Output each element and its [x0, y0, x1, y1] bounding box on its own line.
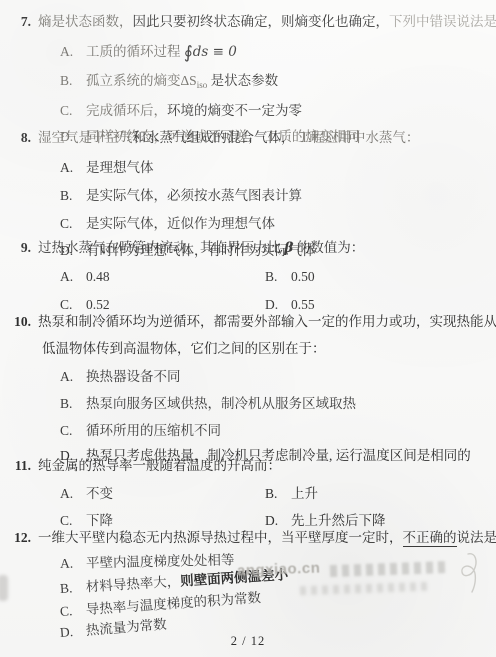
option-label: C.	[59, 602, 86, 621]
option-label: B.	[265, 269, 291, 286]
question-number: 7.	[0, 14, 38, 31]
option-label: A.	[60, 369, 86, 386]
option-row-11cd: C.下降 D.先上升然后下降	[0, 513, 496, 530]
option-text: 是实际气体，必须按水蒸气图表计算	[86, 188, 302, 203]
option-label: D.	[265, 513, 291, 530]
option-text: 不变	[86, 486, 113, 501]
scan-smudge	[0, 575, 8, 601]
option-text: 环境的熵变不一定为零	[167, 103, 302, 118]
option-7b: B.孤立系统的熵变ΔSiso 是状态参数	[0, 73, 496, 91]
option-text: 0.50	[291, 269, 315, 284]
stem-text: 和水蒸气组成的混合气体，	[133, 130, 298, 145]
option-text: 换热器设备不同	[86, 369, 181, 384]
stem-text: 湿空气是干空气	[38, 130, 133, 145]
option-9b: B.0.50	[265, 269, 315, 286]
underlined-stem-text: 不正确的	[403, 530, 457, 547]
question-12-stem: 12.一维大平壁内稳态无内热源导热过程中，当平壁厚度一定时，不正确的说法是：	[0, 530, 496, 547]
option-7c: C.完成循环后，环境的熵变不一定为零	[0, 103, 496, 120]
option-label: B.	[60, 73, 86, 90]
question-number: 11.	[0, 458, 38, 475]
option-9c: C.0.52	[0, 297, 265, 314]
option-label: A.	[60, 486, 86, 503]
option-text: 0.48	[86, 269, 110, 284]
option-10a: A.换热器设备不同	[0, 369, 496, 386]
page-number: 2 / 12	[0, 634, 496, 650]
option-9d: D.0.55	[265, 297, 315, 314]
question-10-stem-line2: 低温物体传到高温物体，它们之间的区别在于：	[0, 341, 496, 358]
option-text: 热泵向服务区域供热，制冷机从服务区域取热	[86, 396, 356, 411]
option-label: C.	[60, 216, 86, 233]
option-label: A.	[60, 44, 86, 61]
option-label: C.	[60, 297, 86, 314]
option-text: 孤立系统的熵变ΔS	[86, 73, 197, 88]
option-text: 工质的循环过程	[86, 44, 184, 59]
question-7-stem: 7.熵是状态函数，因此只要初终状态确定，则熵变化也确定，下列中错误说法是	[0, 14, 496, 31]
option-label: D.	[265, 297, 291, 314]
option-text: 完成循环后，	[86, 103, 167, 118]
option-text: 0.52	[86, 297, 110, 312]
option-label: A.	[60, 160, 86, 177]
beta-symbol: β	[284, 240, 293, 256]
option-text: 材料导热率大，	[85, 573, 180, 594]
handwritten-mark	[450, 548, 484, 598]
stem-text: 一维大平壁内稳态无内热源导热过程中，当平壁厚度一定时，	[38, 530, 403, 545]
option-text: 是理想气体	[86, 160, 154, 175]
subscript-iso: iso	[197, 80, 208, 90]
option-text: 先上升然后下降	[291, 513, 386, 528]
option-11c: C.下降	[0, 513, 265, 530]
option-text: 下降	[86, 513, 113, 528]
option-11b: B.上升	[265, 486, 318, 503]
scanned-exam-page: 7.熵是状态函数，因此只要初终状态确定，则熵变化也确定，下列中错误说法是 A.工…	[0, 0, 496, 657]
option-11d: D.先上升然后下降	[265, 513, 386, 530]
option-7a: A.工质的循环过程 ∮ds ≡ 0	[0, 43, 496, 64]
stem-text: 下列中错误说法是	[389, 14, 496, 29]
option-label: C.	[60, 103, 86, 120]
stem-text: 纯金属的热导率一般随着温度的升高而：	[38, 458, 281, 473]
option-row-9cd: C.0.52 D.0.55	[0, 297, 496, 314]
option-10b: B.热泵向服务区域供热，制冷机从服务区域取热	[0, 396, 496, 413]
site-watermark: angxiao.cn	[237, 560, 321, 582]
option-9a: A.0.48	[0, 269, 265, 286]
question-10: 10.热泵和制冷循环均为逆循环，都需要外部输入一定的作用力或功，实现热能从 低温…	[0, 314, 496, 465]
stem-text: 低温物体传到高温物体，它们之间的区别在于：	[42, 341, 326, 356]
option-label: B.	[60, 188, 86, 205]
option-text: 上升	[291, 486, 318, 501]
question-number: 12.	[0, 530, 38, 547]
option-row-11ab: A.不变 B.上升	[0, 486, 496, 503]
option-label: C.	[60, 423, 86, 440]
question-7: 7.熵是状态函数，因此只要初终状态确定，则熵变化也确定，下列中错误说法是 A.工…	[0, 14, 496, 146]
option-8c: C.是实际气体，近似作为理想气体	[0, 216, 496, 233]
question-number: 10.	[0, 314, 38, 331]
stem-text: 说法是：	[457, 530, 496, 545]
option-label: A.	[60, 269, 86, 286]
option-text: 是状态参数	[207, 73, 278, 88]
option-row-9ab: A.0.48 B.0.50	[0, 269, 496, 286]
question-11-stem: 11.纯金属的热导率一般随着温度的升高而：	[0, 458, 496, 475]
option-12c: C.导热率与温度梯度的积为常数	[0, 604, 496, 621]
stem-text: 的数值为：	[293, 240, 364, 255]
option-text: 循环所用的压缩机不同	[86, 423, 221, 438]
option-label: B.	[60, 396, 86, 413]
stem-text: 熵是状态函数，	[38, 14, 133, 29]
option-11a: A.不变	[0, 486, 265, 503]
question-8-stem: 8.湿空气是干空气和水蒸气组成的混合气体， 工程应用中水蒸气：	[0, 130, 496, 147]
stem-text: 热泵和制冷循环均为逆循环，都需要外部输入一定的作用力或功，实现热能从	[38, 314, 496, 329]
option-text: 平壁内温度梯度处处相等	[86, 552, 235, 570]
option-text: 0.55	[291, 297, 315, 312]
option-10c: C.循环所用的压缩机不同	[0, 423, 496, 440]
option-label: C.	[60, 513, 86, 530]
question-number: 8.	[0, 130, 38, 147]
option-label: B.	[59, 579, 86, 597]
stem-text: 过热水蒸气在喷管内流动，其临界压力比	[38, 240, 284, 255]
stem-text: 工程应用中水蒸气：	[298, 130, 420, 145]
formula-text: ds ≡ 0	[193, 44, 237, 60]
question-number: 9.	[0, 240, 38, 257]
option-label: B.	[265, 486, 291, 503]
option-8b: B.是实际气体，必须按水蒸气图表计算	[0, 188, 496, 205]
question-11: 11.纯金属的热导率一般随着温度的升高而： A.不变 B.上升 C.下降 D.先…	[0, 458, 496, 530]
question-9: 9.过热水蒸气在喷管内流动，其临界压力比 β 的数值为： A.0.48 B.0.…	[0, 240, 496, 314]
option-8a: A.是理想气体	[0, 160, 496, 177]
contour-integral-symbol: ∮	[184, 43, 193, 63]
question-10-stem: 10.热泵和制冷循环均为逆循环，都需要外部输入一定的作用力或功，实现热能从	[0, 314, 496, 331]
option-label: A.	[60, 555, 86, 572]
stem-text: 因此只要初终状态确定，则熵变化也确定，	[133, 14, 390, 29]
option-text: 是实际气体，近似作为理想气体	[86, 216, 275, 231]
question-9-stem: 9.过热水蒸气在喷管内流动，其临界压力比 β 的数值为：	[0, 240, 496, 257]
